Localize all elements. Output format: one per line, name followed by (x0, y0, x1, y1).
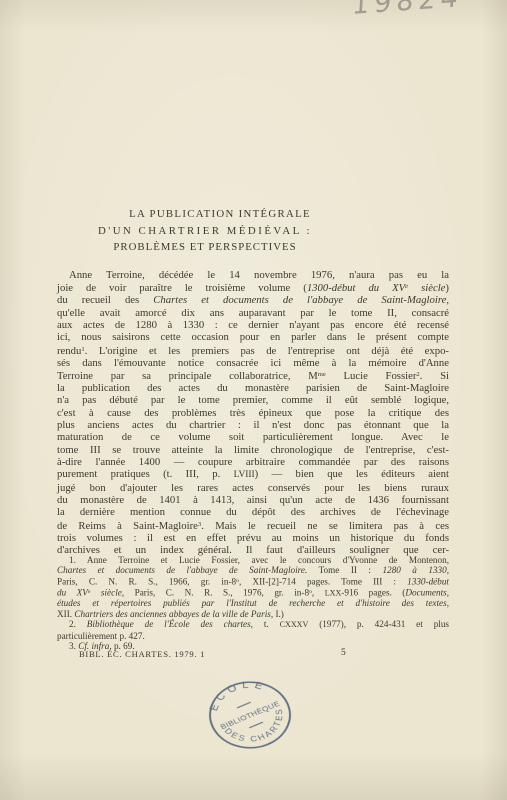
text-line: 2. Bibliothèque de l'École des chartes, … (57, 619, 449, 630)
text-line: 1. Anne Terroine et Lucie Fossier, avec … (57, 555, 449, 565)
text-line: qu'elle avait amorcé dix ans auparavant … (57, 307, 449, 319)
text-line: du recueil des Chartes et documents de l… (57, 294, 449, 306)
text-line: rendu1. L'origine et les premiers pas de… (57, 344, 449, 357)
text-line: c'est à cause des problèmes très épineux… (57, 407, 449, 419)
text-line: de Reims à Saint-Magloire3. Mais le recu… (57, 519, 449, 532)
title-line: PROBLÈMES ET PERSPECTIVES (50, 239, 360, 256)
text-line: purement pratiques (t. III, p. LVIII) — … (57, 468, 449, 481)
scanned-page: 19824 LA PUBLICATION INTÉGRALE D'UN CHAR… (0, 0, 507, 800)
text-line: Chartes et documents de l'abbaye de Sain… (57, 565, 449, 575)
library-stamp-icon: ECOLE BIBLIOTHÈQUE DES CHARTES (181, 659, 318, 771)
title-line: D'UN CHARTRIER MÉDIÉVAL : (50, 223, 360, 240)
text-line: maturation de ce volume soit particulièr… (57, 431, 449, 443)
footnotes: 1. Anne Terroine et Lucie Fossier, avec … (57, 555, 449, 651)
text-line: XII. Chartriers des anciennes abbayes de… (57, 609, 449, 619)
text-line: à-dire l'année 1400 — coupure arbitraire… (57, 456, 449, 468)
text-line: Terroine par sa principale collaboratric… (57, 369, 449, 382)
text-line: jugé bon d'ajouter les rares actes conse… (57, 482, 449, 494)
text-line: du XVe siècle, Paris, C. N. R. S., 1976,… (57, 587, 449, 599)
footer-signature: BIBL. ÉC. CHARTES. 1979. 1 (79, 649, 205, 659)
text-line: ici, nous saisirons cette occasion pour … (57, 331, 449, 343)
text-line: particulièrement p. 427. (57, 631, 449, 641)
text-line: du monastère de 1401 à 1413, ainsi qu'un… (57, 494, 449, 506)
text-line: la publication des actes du monastère pa… (57, 382, 449, 394)
page-number: 5 (341, 648, 346, 658)
title-line: LA PUBLICATION INTÉGRALE (65, 206, 375, 223)
handwritten-accession-number: 19824 (351, 0, 464, 21)
body-paragraph: Anne Terroine, décédée le 14 novembre 19… (57, 269, 449, 556)
text-line: Paris, C. N. R. S., 1966, gr. in-8o, XII… (57, 576, 449, 587)
article-title: LA PUBLICATION INTÉGRALE D'UN CHARTRIER … (50, 206, 360, 256)
stamp-dash (249, 722, 263, 728)
text-line: tome III se trouve atteinte la limite ch… (57, 444, 449, 456)
text-line: sés dans l'émouvante notice consacrée ic… (57, 357, 449, 369)
text-line: trois volumes : il est en effet prévu au… (57, 532, 449, 544)
text-line: la dernière mention connue du dépôt des … (57, 506, 449, 518)
text-line: joie de voir paraître le troisième volum… (57, 281, 449, 294)
text-line: aux actes de 1280 à 1330 : ce dernier n'… (57, 319, 449, 331)
text-line: n'a pas débuté par le tome premier, comm… (57, 394, 449, 406)
text-line: études et répertoires publiés par l'Inst… (57, 598, 449, 608)
text-line: plus anciens actes du chartrier : il n'e… (57, 419, 449, 431)
stamp-dash (237, 702, 251, 708)
text-line: Anne Terroine, décédée le 14 novembre 19… (57, 269, 449, 281)
